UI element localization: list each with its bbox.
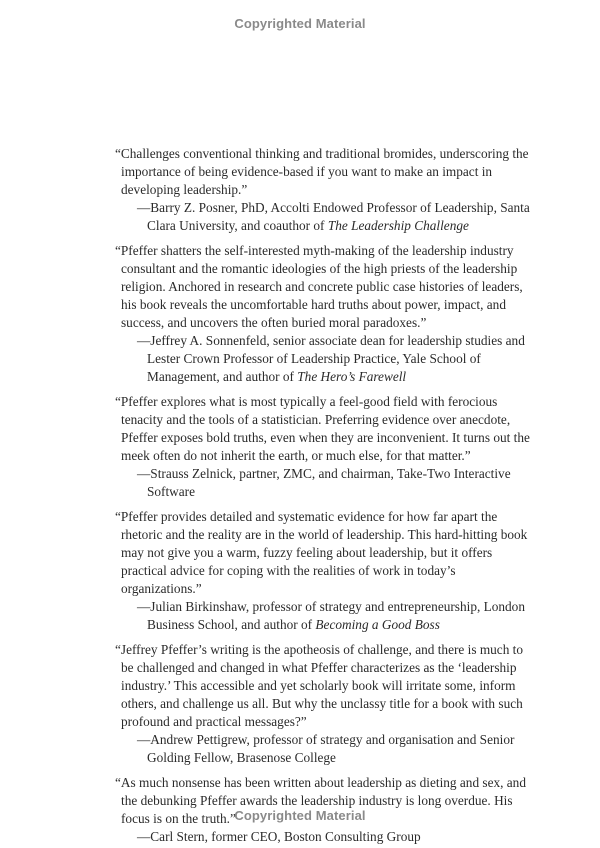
blurb-birkinshaw: “Pfeffer provides detailed and systemati… [115,508,535,634]
copyright-watermark-top: Copyrighted Material [0,16,600,31]
blurb-quote: “Pfeffer explores what is most typically… [115,393,535,465]
praise-page: “Challenges conventional thinking and tr… [115,145,535,848]
blurb-attribution: —Jeffrey A. Sonnenfeld, senior associate… [115,332,535,386]
em-dash: — [137,829,150,844]
blurb-sonnenfeld: “Pfeffer shatters the self-interested my… [115,242,535,386]
blurb-attribution: —Carl Stern, former CEO, Boston Consulti… [115,828,535,846]
blurb-quote: “Pfeffer shatters the self-interested my… [115,242,535,332]
blurb-quote: “Challenges conventional thinking and tr… [115,145,535,199]
book-title: Becoming a Good Boss [315,617,439,632]
attribution-text: Strauss Zelnick, partner, ZMC, and chair… [147,466,511,499]
em-dash: — [137,466,150,481]
blurb-attribution: —Strauss Zelnick, partner, ZMC, and chai… [115,465,535,501]
em-dash: — [137,333,150,348]
em-dash: — [137,732,150,747]
book-title: The Leadership Challenge [328,218,469,233]
blurb-posner: “Challenges conventional thinking and tr… [115,145,535,235]
blurb-quote: “Jeffrey Pfeffer’s writing is the apothe… [115,641,535,731]
attribution-text: Carl Stern, former CEO, Boston Consultin… [150,829,420,844]
blurb-quote: “Pfeffer provides detailed and systemati… [115,508,535,598]
em-dash: — [137,599,150,614]
blurb-pettigrew: “Jeffrey Pfeffer’s writing is the apothe… [115,641,535,767]
book-title: The Hero’s Farewell [297,369,406,384]
blurb-zelnick: “Pfeffer explores what is most typically… [115,393,535,501]
em-dash: — [137,200,150,215]
blurb-attribution: —Andrew Pettigrew, professor of strategy… [115,731,535,767]
copyright-watermark-bottom: Copyrighted Material [0,808,600,823]
attribution-text: Andrew Pettigrew, professor of strategy … [147,732,514,765]
blurb-attribution: —Julian Birkinshaw, professor of strateg… [115,598,535,634]
blurb-attribution: —Barry Z. Posner, PhD, Accolti Endowed P… [115,199,535,235]
